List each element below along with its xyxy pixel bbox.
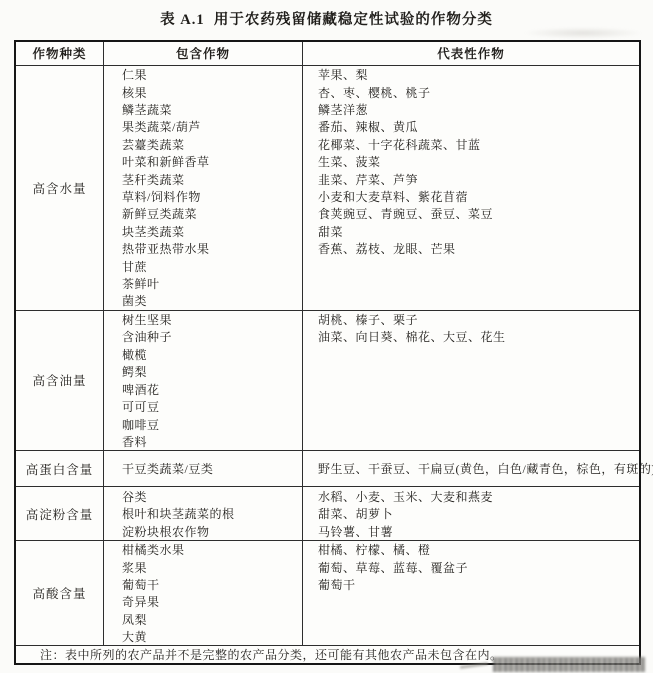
table-section-high-starch: 高淀粉含量 谷类 根叶和块茎蔬菜的根 淀粉块根农作物 水稻、小麦、玉米、大麦和燕… (16, 487, 639, 541)
representative-crop-cell: 韭菜、芹菜、芦笋 (303, 170, 639, 187)
representative-crop-cell: 野生豆、干蚕豆、干扁豆(黄色，白色/藏青色，棕色，有斑的) (303, 451, 653, 486)
table-header-row: 作物种类 包含作物 代表性作物 (16, 42, 639, 66)
included-crop-cell: 草料/饲料作物 (104, 188, 302, 205)
representative-crop-cell (303, 380, 639, 397)
header-cell-included-crops: 包含作物 (104, 42, 303, 65)
representative-crop-cell (303, 610, 639, 627)
representative-crops-column: 水稻、小麦、玉米、大麦和燕麦 甜菜、胡萝卜 马铃薯、甘薯 (303, 487, 639, 540)
included-crop-cell: 叶菜和新鲜香草 (104, 153, 302, 170)
included-crop-cell: 根叶和块茎蔬菜的根 (104, 505, 302, 523)
scan-smudge (523, 27, 643, 39)
category-cell: 高含油量 (16, 311, 104, 451)
included-crop-cell: 咖啡豆 (104, 415, 302, 432)
representative-crop-cell: 葡萄干 (303, 576, 639, 593)
representative-crop-cell: 胡桃、榛子、栗子 (303, 311, 639, 328)
table-section-high-oil: 高含油量 树生坚果 含油种子 橄榄 鳄梨 啤酒花 可可豆 咖啡豆 香料 胡桃、榛… (16, 311, 639, 452)
included-crops-column: 仁果 核果 鳞茎蔬菜 果类蔬菜/葫芦 芸薹类蔬菜 叶菜和新鲜香草 茎秆类蔬菜 草… (104, 66, 303, 310)
included-crop-cell: 茶鲜叶 (104, 275, 302, 292)
included-crop-cell: 干豆类蔬菜/豆类 (104, 451, 302, 486)
representative-crop-cell (303, 415, 639, 432)
representative-crops-column: 苹果、梨 杏、枣、樱桃、桃子 鳞茎洋葱 番茄、辣椒、黄瓜 花椰菜、十字花科蔬菜、… (303, 66, 639, 310)
representative-crops-column: 野生豆、干蚕豆、干扁豆(黄色，白色/藏青色，棕色，有斑的) (303, 451, 653, 486)
included-crop-cell: 芸薹类蔬菜 (104, 136, 302, 153)
representative-crop-cell: 鳞茎洋葱 (303, 101, 639, 118)
included-crop-cell: 鳞茎蔬菜 (104, 101, 302, 118)
representative-crops-column: 柑橘、柠檬、橘、橙 葡萄、草莓、蓝莓、覆盆子 葡萄干 (303, 541, 639, 645)
included-crop-cell: 啤酒花 (104, 380, 302, 397)
included-crops-column: 干豆类蔬菜/豆类 (104, 451, 303, 486)
included-crop-cell: 核果 (104, 83, 302, 100)
included-crop-cell: 茎秆类蔬菜 (104, 170, 302, 187)
representative-crop-cell: 杏、枣、樱桃、桃子 (303, 83, 639, 100)
included-crop-cell: 可可豆 (104, 398, 302, 415)
representative-crop-cell: 苹果、梨 (303, 66, 639, 83)
representative-crop-cell: 生菜、菠菜 (303, 153, 639, 170)
included-crop-cell: 大黄 (104, 628, 302, 645)
representative-crop-cell (303, 593, 639, 610)
included-crop-cell: 凤梨 (104, 610, 302, 627)
header-cell-crop-type: 作物种类 (16, 42, 104, 65)
included-crop-cell: 奇异果 (104, 593, 302, 610)
included-crop-cell: 新鲜豆类蔬菜 (104, 205, 302, 222)
page-title: 表 A.1 用于农药残留储藏稳定性试验的作物分类 (0, 8, 653, 29)
included-crop-cell: 含油种子 (104, 328, 302, 345)
representative-crop-cell: 花椰菜、十字花科蔬菜、甘蓝 (303, 136, 639, 153)
included-crops-column: 谷类 根叶和块茎蔬菜的根 淀粉块根农作物 (104, 487, 303, 540)
included-crops-column: 树生坚果 含油种子 橄榄 鳄梨 啤酒花 可可豆 咖啡豆 香料 (104, 311, 303, 451)
representative-crop-cell (303, 257, 639, 274)
category-cell: 高含水量 (16, 66, 104, 310)
representative-crop-cell: 马铃薯、甘薯 (303, 523, 639, 541)
included-crop-cell: 葡萄干 (104, 576, 302, 593)
table-section-high-acid: 高酸含量 柑橘类水果 浆果 葡萄干 奇异果 凤梨 大黄 柑橘、柠檬、橘、橙 葡萄… (16, 541, 639, 646)
included-crop-cell: 甘蔗 (104, 257, 302, 274)
included-crop-cell: 谷类 (104, 487, 302, 505)
category-cell: 高淀粉含量 (16, 487, 104, 540)
watermark-artifact (493, 657, 645, 672)
representative-crop-cell: 小麦和大麦草料、紫花苜蓿 (303, 188, 639, 205)
included-crop-cell: 热带亚热带水果 (104, 240, 302, 257)
representative-crop-cell (303, 398, 639, 415)
representative-crop-cell: 甜菜、胡萝卜 (303, 505, 639, 523)
included-crop-cell: 浆果 (104, 558, 302, 575)
included-crop-cell: 淀粉块根农作物 (104, 523, 302, 541)
representative-crop-cell: 香蕉、荔枝、龙眼、芒果 (303, 240, 639, 257)
included-crop-cell: 菌类 (104, 292, 302, 309)
representative-crop-cell (303, 433, 639, 450)
representative-crop-cell: 甜菜 (303, 223, 639, 240)
representative-crops-column: 胡桃、榛子、栗子 油菜、向日葵、棉花、大豆、花生 (303, 311, 639, 451)
included-crop-cell: 树生坚果 (104, 311, 302, 328)
table-section-high-water: 高含水量 仁果 核果 鳞茎蔬菜 果类蔬菜/葫芦 芸薹类蔬菜 叶菜和新鲜香草 茎秆… (16, 66, 639, 311)
category-cell: 高酸含量 (16, 541, 104, 645)
included-crop-cell: 橄榄 (104, 346, 302, 363)
included-crop-cell: 块茎类蔬菜 (104, 223, 302, 240)
representative-crop-cell (303, 346, 639, 363)
representative-crop-cell (303, 628, 639, 645)
included-crop-cell: 仁果 (104, 66, 302, 83)
representative-crop-cell (303, 275, 639, 292)
representative-crop-cell (303, 363, 639, 380)
representative-crop-cell: 食荚豌豆、青豌豆、蚕豆、菜豆 (303, 205, 639, 222)
included-crop-cell: 柑橘类水果 (104, 541, 302, 558)
table-section-high-protein: 高蛋白含量 干豆类蔬菜/豆类 野生豆、干蚕豆、干扁豆(黄色，白色/藏青色，棕色，… (16, 451, 639, 487)
representative-crop-cell: 水稻、小麦、玉米、大麦和燕麦 (303, 487, 639, 505)
included-crop-cell: 果类蔬菜/葫芦 (104, 118, 302, 135)
crop-classification-table: 作物种类 包含作物 代表性作物 高含水量 仁果 核果 鳞茎蔬菜 果类蔬菜/葫芦 … (14, 40, 641, 665)
representative-crop-cell: 油菜、向日葵、棉花、大豆、花生 (303, 328, 639, 345)
representative-crop-cell: 番茄、辣椒、黄瓜 (303, 118, 639, 135)
representative-crop-cell (303, 292, 639, 309)
category-cell: 高蛋白含量 (16, 451, 104, 486)
included-crop-cell: 香料 (104, 433, 302, 450)
included-crops-column: 柑橘类水果 浆果 葡萄干 奇异果 凤梨 大黄 (104, 541, 303, 645)
representative-crop-cell: 葡萄、草莓、蓝莓、覆盆子 (303, 558, 639, 575)
representative-crop-cell: 柑橘、柠檬、橘、橙 (303, 541, 639, 558)
header-cell-representative-crops: 代表性作物 (303, 42, 639, 65)
included-crop-cell: 鳄梨 (104, 363, 302, 380)
